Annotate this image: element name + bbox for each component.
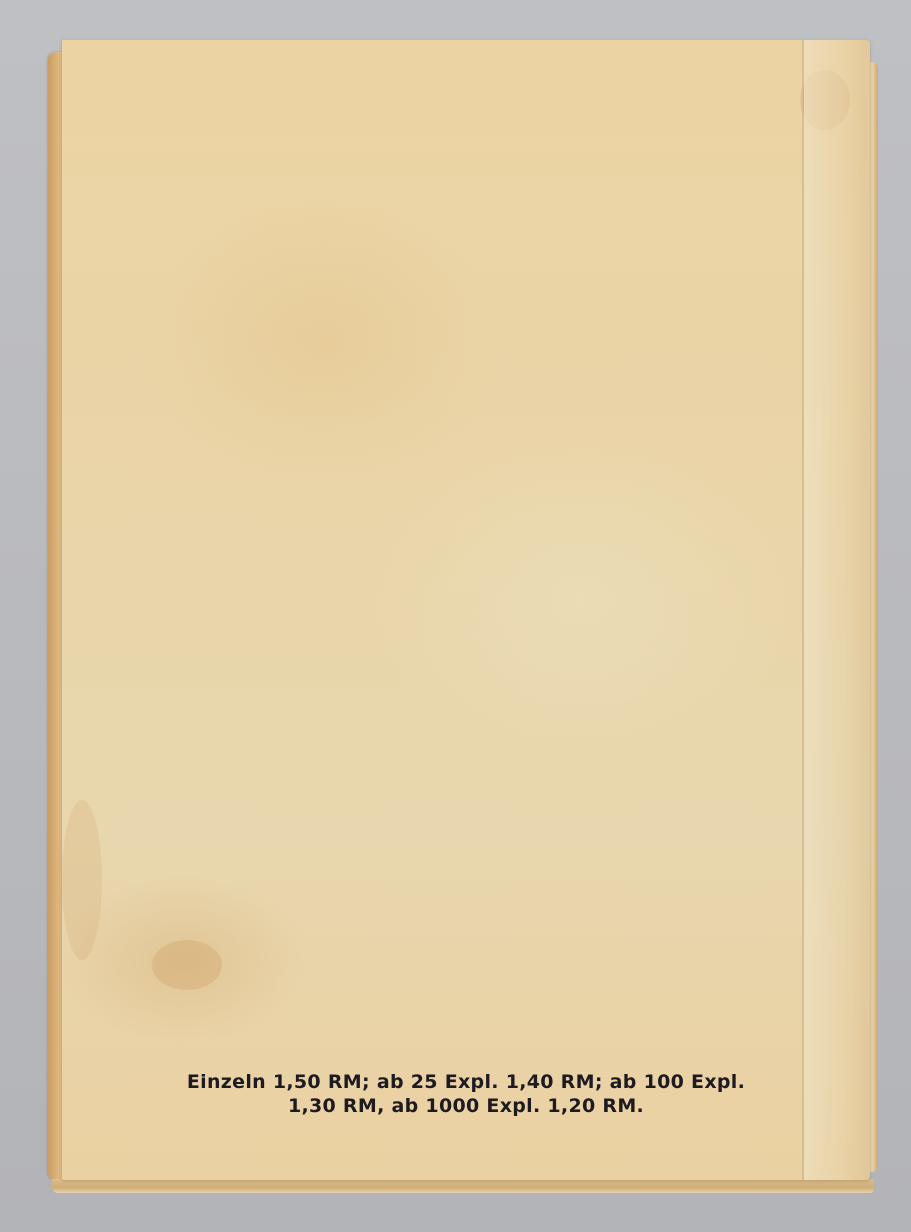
stain — [62, 800, 102, 960]
spine-panel — [804, 40, 870, 1180]
price-line-2: 1,30 RM, ab 1000 Expl. 1,20 RM. — [62, 1094, 870, 1118]
page-edge-bottom — [52, 1179, 874, 1193]
book: Einzeln 1,50 RM; ab 25 Expl. 1,40 RM; ab… — [48, 40, 878, 1193]
price-notice: Einzeln 1,50 RM; ab 25 Expl. 1,40 RM; ab… — [62, 1070, 870, 1118]
price-line-1: Einzeln 1,50 RM; ab 25 Expl. 1,40 RM; ab… — [62, 1070, 870, 1094]
stain — [152, 940, 222, 990]
back-cover: Einzeln 1,50 RM; ab 25 Expl. 1,40 RM; ab… — [62, 40, 870, 1180]
